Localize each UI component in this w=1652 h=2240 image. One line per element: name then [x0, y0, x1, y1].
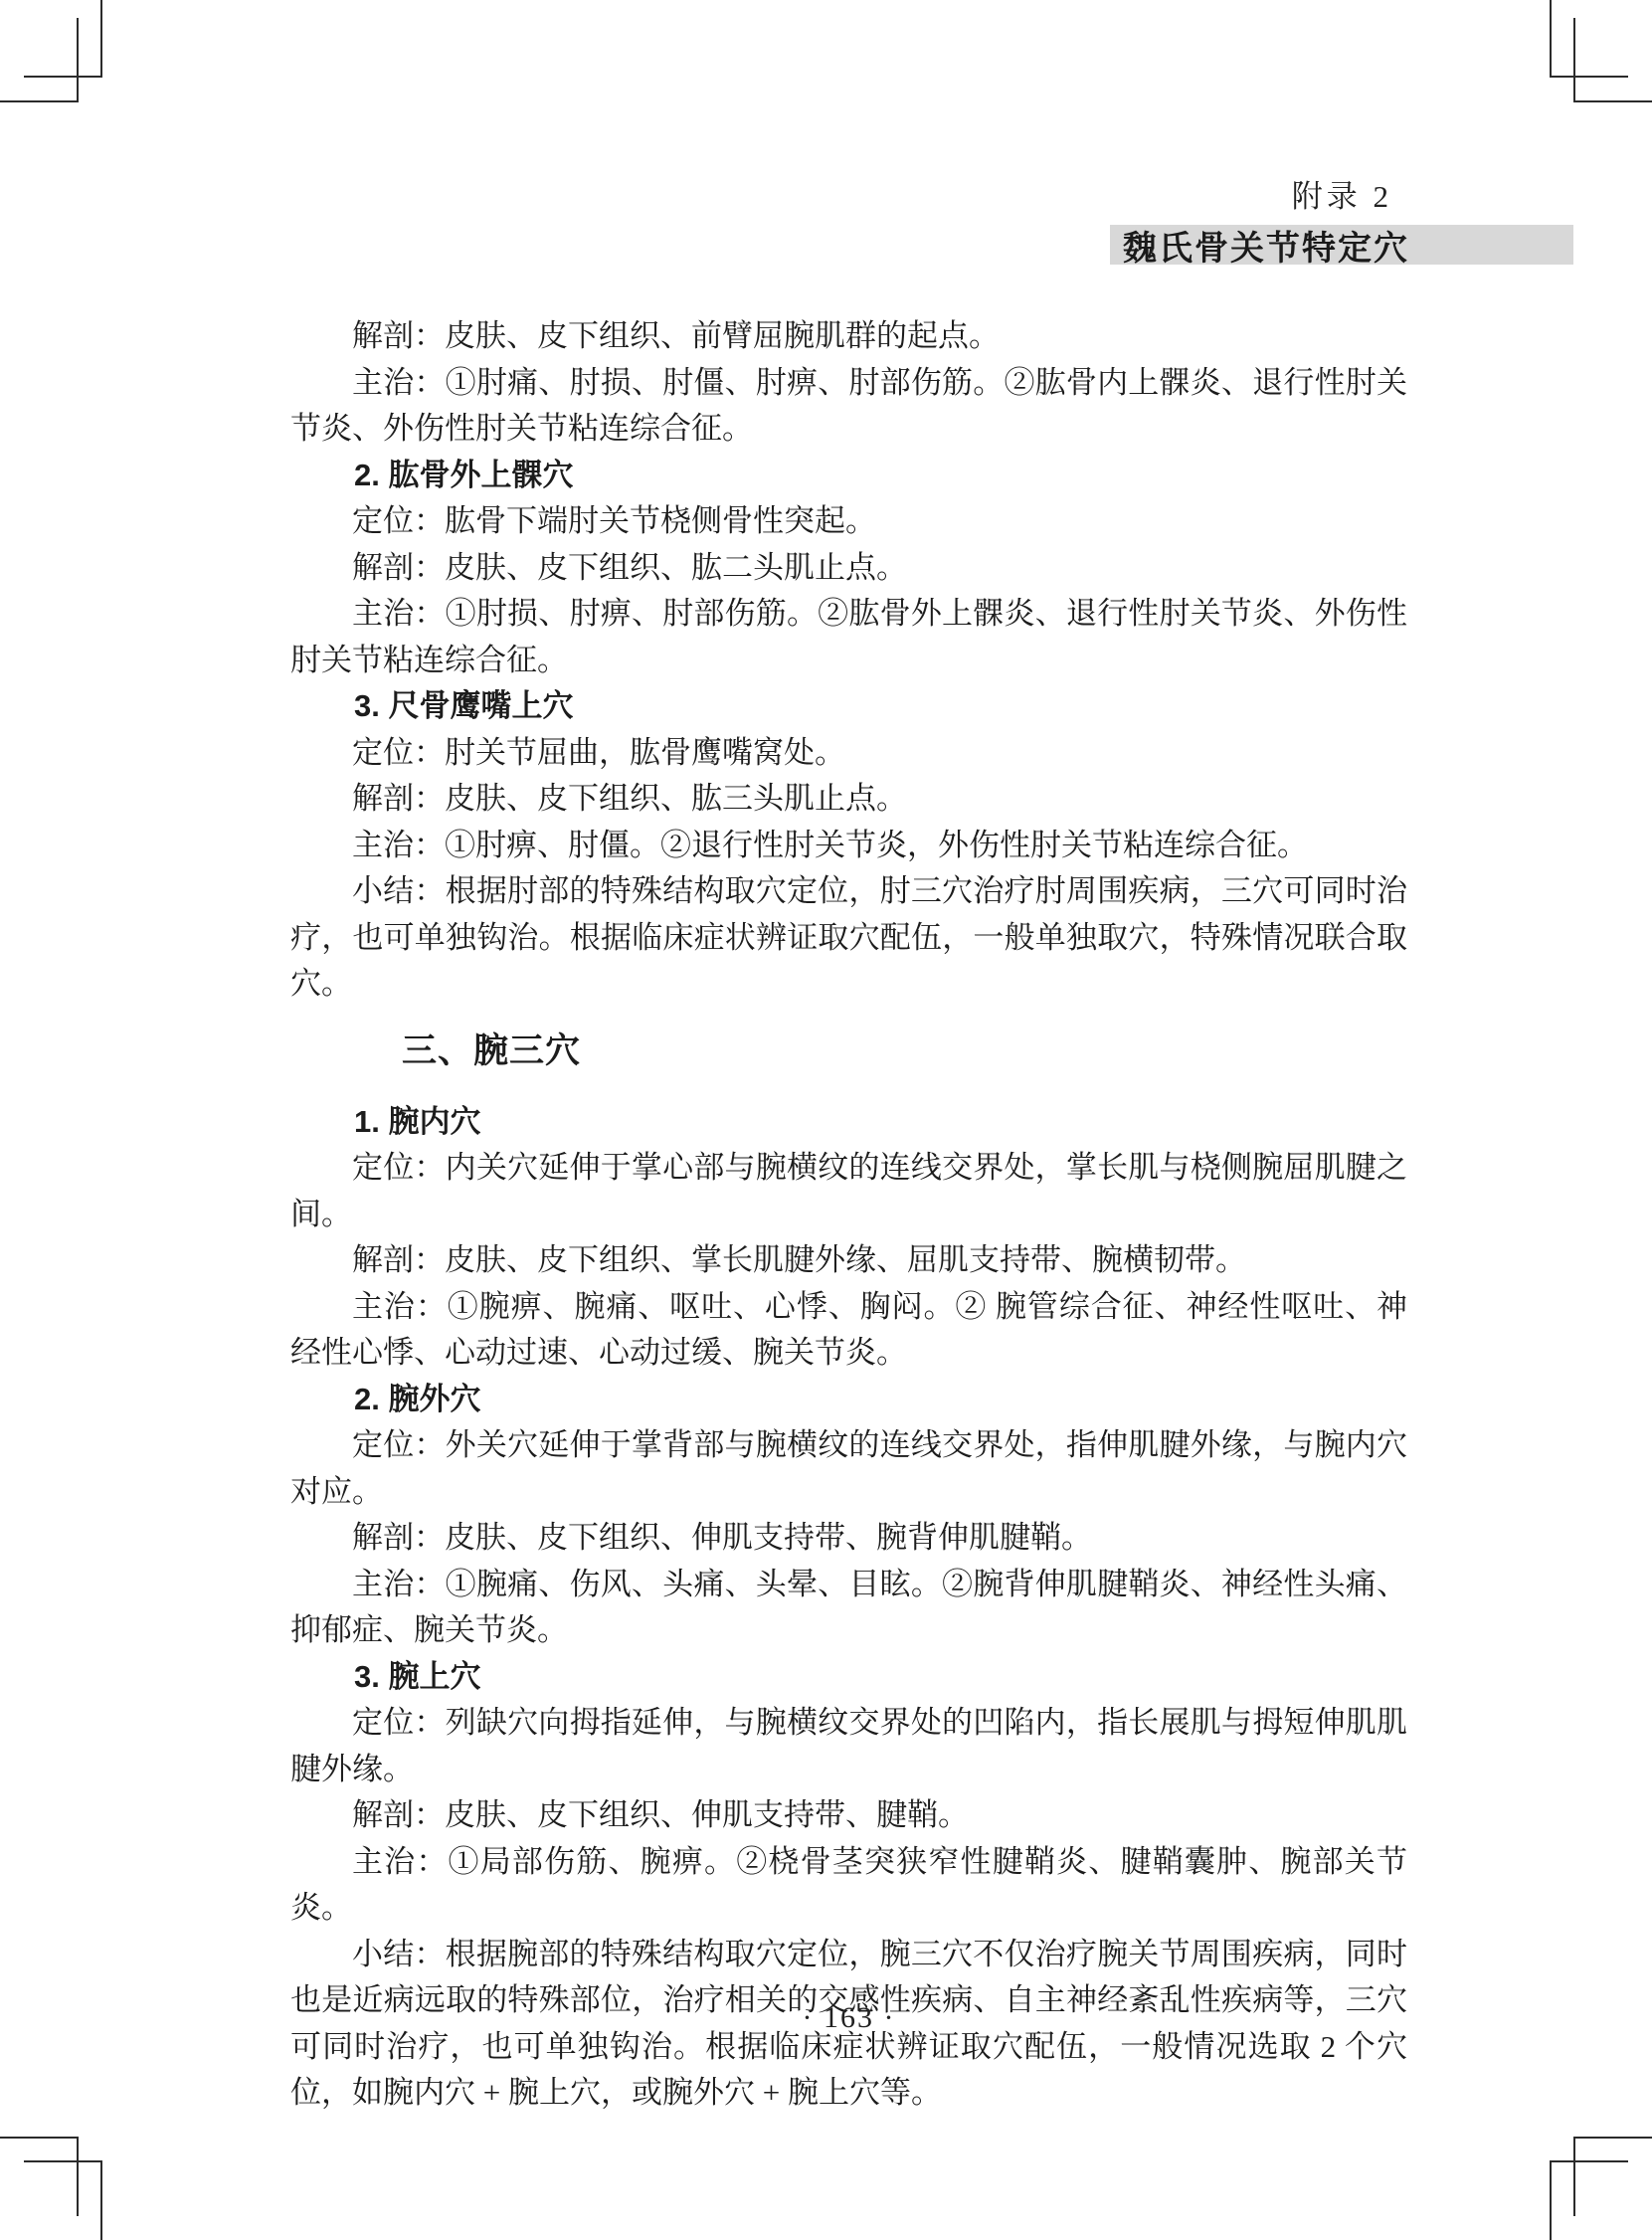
body-paragraph: 小结：根据肘部的特殊结构取穴定位，肘三穴治疗肘周围疾病，三穴可同时治疗，也可单独…: [290, 868, 1407, 1008]
crop-mark: [1573, 2137, 1652, 2139]
body-paragraph: 主治：①腕痛、伤风、头痛、头晕、目眩。②腕背伸肌腱鞘炎、神经性头痛、抑郁症、腕关…: [290, 1562, 1407, 1654]
body-paragraph: 主治：①肘痹、肘僵。②退行性肘关节炎，外伤性肘关节粘连综合征。: [290, 823, 1407, 869]
crop-mark: [1573, 2137, 1575, 2216]
body-paragraph: 解剖：皮肤、皮下组织、肱三头肌止点。: [290, 776, 1407, 823]
page-body-text: 解剖：皮肤、皮下组织、前臂屈腕肌群的起点。主治：①肘痛、肘损、肘僵、肘痹、肘部伤…: [290, 313, 1407, 2117]
body-paragraph: 解剖：皮肤、皮下组织、前臂屈腕肌群的起点。: [290, 313, 1407, 360]
chapter-title: 魏氏骨关节特定穴: [1110, 221, 1409, 270]
body-paragraph: 解剖：皮肤、皮下组织、伸肌支持带、腕背伸肌腱鞘。: [290, 1515, 1407, 1562]
crop-mark: [1550, 2160, 1552, 2240]
body-paragraph: 解剖：皮肤、皮下组织、肱二头肌止点。: [290, 545, 1407, 592]
body-paragraph: 主治：①肘损、肘痹、肘部伤筋。②肱骨外上髁炎、退行性肘关节炎、外伤性肘关节粘连综…: [290, 591, 1407, 683]
book-page: 附录 2 魏氏骨关节特定穴 解剖：皮肤、皮下组织、前臂屈腕肌群的起点。主治：①肘…: [0, 0, 1652, 2240]
crop-mark: [0, 100, 79, 102]
crop-mark: [100, 0, 102, 78]
chapter-title-bar: 魏氏骨关节特定穴: [1110, 225, 1573, 265]
point-subheading: 1. 腕内穴: [290, 1099, 1407, 1146]
crop-mark: [1550, 0, 1552, 78]
crop-mark: [1550, 76, 1628, 78]
body-paragraph: 解剖：皮肤、皮下组织、伸肌支持带、腱鞘。: [290, 1792, 1407, 1839]
body-paragraph: 定位：肱骨下端肘关节桡侧骨性突起。: [290, 498, 1407, 545]
body-paragraph: 定位：肘关节屈曲，肱骨鹰嘴窝处。: [290, 730, 1407, 777]
body-paragraph: 主治：①腕痹、腕痛、呕吐、心悸、胸闷。② 腕管综合征、神经性呕吐、神经性心悸、心…: [290, 1284, 1407, 1377]
point-subheading: 2. 腕外穴: [290, 1377, 1407, 1423]
crop-mark: [1573, 100, 1652, 102]
body-paragraph: 定位：外关穴延伸于掌背部与腕横纹的连线交界处，指伸肌腱外缘，与腕内穴对应。: [290, 1422, 1407, 1515]
point-subheading: 3. 尺骨鹰嘴上穴: [290, 683, 1407, 730]
point-subheading: 3. 腕上穴: [290, 1654, 1407, 1701]
section-heading: 三、腕三穴: [290, 1026, 1407, 1077]
crop-mark: [77, 2137, 79, 2216]
body-paragraph: 解剖：皮肤、皮下组织、掌长肌腱外缘、屈肌支持带、腕横韧带。: [290, 1237, 1407, 1284]
crop-mark: [1573, 18, 1575, 102]
body-paragraph: 主治：①局部伤筋、腕痹。②桡骨茎突狭窄性腱鞘炎、腱鞘囊肿、腕部关节炎。: [290, 1839, 1407, 1932]
body-paragraph: 定位：内关穴延伸于掌心部与腕横纹的连线交界处，掌长肌与桡侧腕屈肌腱之间。: [290, 1145, 1407, 1237]
appendix-label: 附录 2: [1094, 179, 1392, 215]
body-paragraph: 定位：列缺穴向拇指延伸，与腕横纹交界处的凹陷内，指长展肌与拇短伸肌肌腱外缘。: [290, 1700, 1407, 1792]
crop-mark: [100, 2160, 102, 2240]
crop-mark: [24, 76, 102, 78]
point-subheading: 2. 肱骨外上髁穴: [290, 453, 1407, 499]
crop-mark: [77, 18, 79, 102]
page-number: · 163 ·: [290, 2001, 1407, 2035]
body-paragraph: 主治：①肘痛、肘损、肘僵、肘痹、肘部伤筋。②肱骨内上髁炎、退行性肘关节炎、外伤性…: [290, 360, 1407, 453]
crop-mark: [24, 2160, 102, 2162]
crop-mark: [1550, 2160, 1628, 2162]
crop-mark: [0, 2137, 79, 2139]
